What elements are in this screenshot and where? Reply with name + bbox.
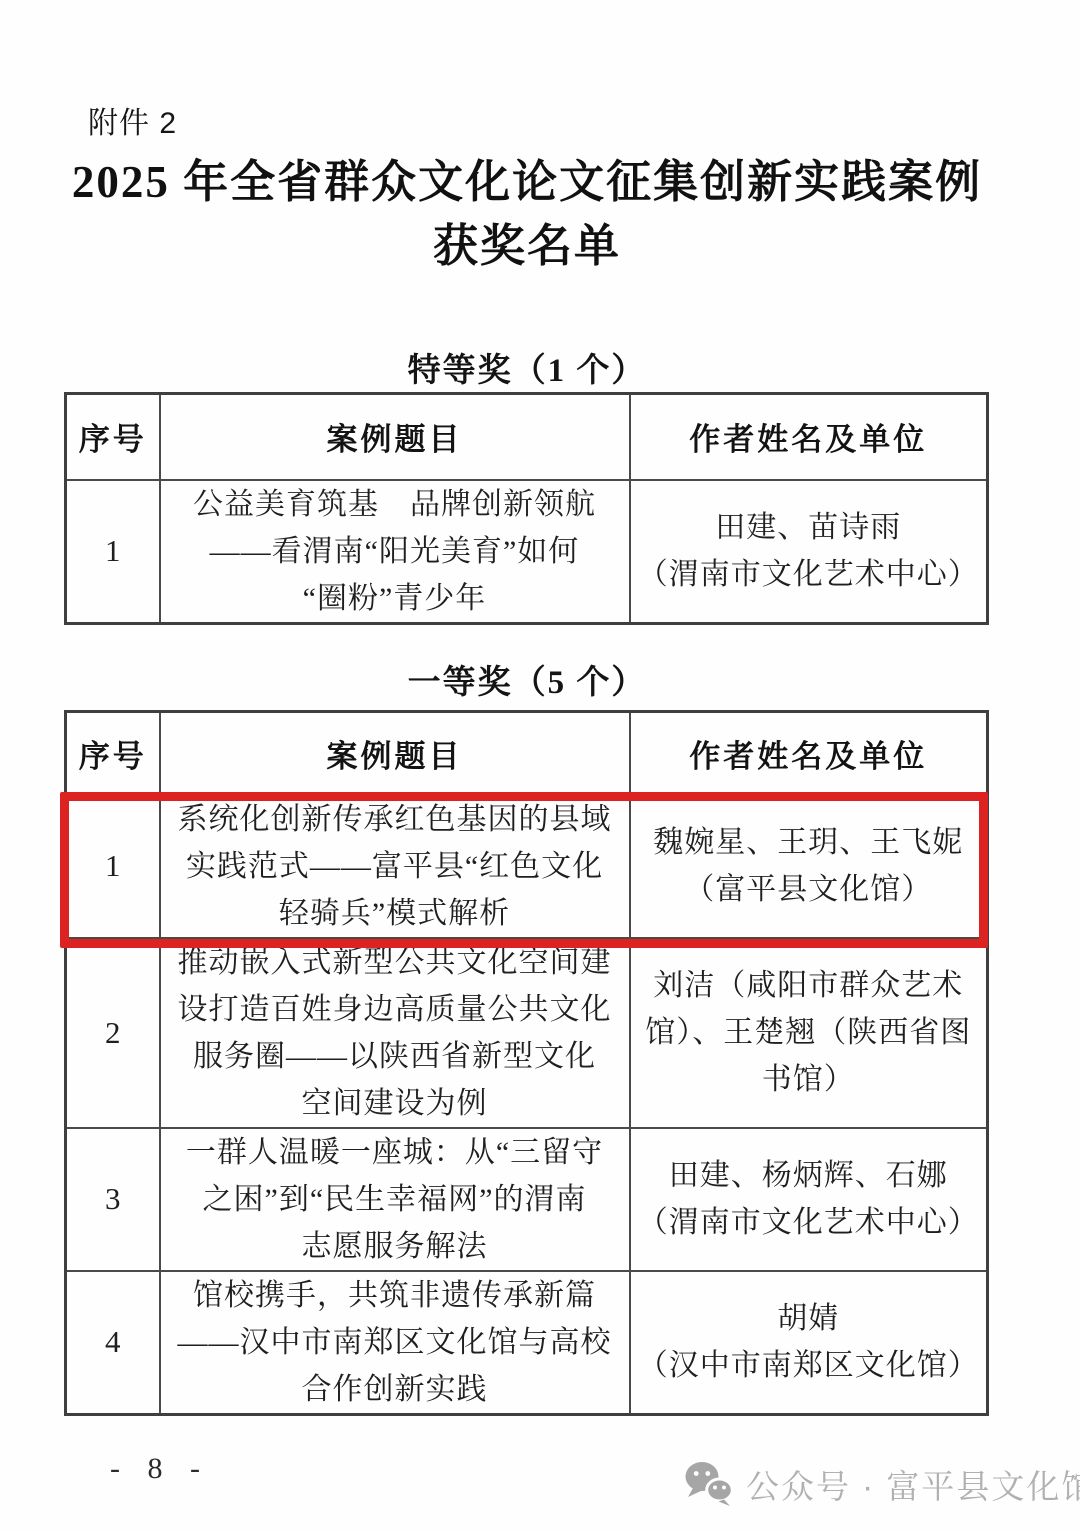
table-row-highlighted: 1 系统化创新传承红色基因的县域 实践范式——富平县“红色文化 轻骑兵”模式解析… — [66, 795, 988, 938]
header-cell-author-unit: 作者姓名及单位 — [630, 712, 988, 795]
wechat-account-label: 公众号 · 富平县文化馆 — [746, 1461, 1080, 1508]
case-title: 一群人温暖一座城：从“三留守 之困”到“民生幸福网”的渭南 志愿服务解法 — [160, 1128, 630, 1271]
section-heading-special-prize: 特等奖（1 个） — [66, 344, 988, 391]
header-cell-index: 序号 — [66, 712, 160, 795]
author-unit: 田建、苗诗雨 （渭南市文化艺术中心） — [630, 480, 988, 624]
table-row: 1 公益美育筑基 品牌创新领航 ——看渭南“阳光美育”如何 “圈粉”青少年 田建… — [66, 480, 988, 624]
table-row: 4 馆校携手，共筑非遗传承新篇 ——汉中市南郑区文化馆与高校 合作创新实践 胡婧… — [66, 1271, 988, 1415]
row-index: 3 — [66, 1128, 160, 1271]
wechat-icon — [684, 1461, 734, 1507]
table-header-row: 序号 案例题目 作者姓名及单位 — [66, 394, 988, 480]
table-row: 2 推动嵌入式新型公共文化空间建 设打造百姓身边高质量公共文化 服务圈——以陕西… — [66, 938, 988, 1128]
section-heading-first-prize: 一等奖（5 个） — [66, 656, 988, 703]
case-title: 系统化创新传承红色基因的县域 实践范式——富平县“红色文化 轻骑兵”模式解析 — [160, 795, 630, 938]
special-prize-table: 序号 案例题目 作者姓名及单位 1 公益美育筑基 品牌创新领航 ——看渭南“阳光… — [64, 392, 989, 625]
table-row: 3 一群人温暖一座城：从“三留守 之困”到“民生幸福网”的渭南 志愿服务解法 田… — [66, 1128, 988, 1271]
author-unit: 胡婧 （汉中市南郑区文化馆） — [630, 1271, 988, 1415]
row-index: 2 — [66, 938, 160, 1128]
document-title: 2025 年全省群众文化论文征集创新实践案例 获奖名单 — [66, 150, 988, 278]
wechat-watermark: 公众号 · 富平县文化馆 — [684, 1458, 1080, 1510]
row-index: 4 — [66, 1271, 160, 1415]
header-cell-case-title: 案例题目 — [160, 712, 630, 795]
attachment-label: 附件 2 — [88, 98, 177, 142]
case-title: 公益美育筑基 品牌创新领航 ——看渭南“阳光美育”如何 “圈粉”青少年 — [160, 480, 630, 624]
case-title: 推动嵌入式新型公共文化空间建 设打造百姓身边高质量公共文化 服务圈——以陕西省新… — [160, 938, 630, 1128]
document-page: 附件 2 2025 年全省群众文化论文征集创新实践案例 获奖名单 特等奖（1 个… — [0, 0, 1080, 1531]
header-cell-author-unit: 作者姓名及单位 — [630, 394, 988, 480]
first-prize-table: 序号 案例题目 作者姓名及单位 1 系统化创新传承红色基因的县域 实践范式——富… — [64, 710, 989, 1416]
case-title: 馆校携手，共筑非遗传承新篇 ——汉中市南郑区文化馆与高校 合作创新实践 — [160, 1271, 630, 1415]
row-index: 1 — [66, 480, 160, 624]
author-unit: 刘洁（咸阳市群众艺术 馆）、王楚翘（陕西省图 书馆） — [630, 938, 988, 1128]
author-unit: 田建、杨炳辉、石娜 （渭南市文化艺术中心） — [630, 1128, 988, 1271]
page-number: - 8 - — [110, 1452, 210, 1486]
row-index: 1 — [66, 795, 160, 938]
table-header-row: 序号 案例题目 作者姓名及单位 — [66, 712, 988, 795]
author-unit: 魏婉星、王玥、王飞妮 （富平县文化馆） — [630, 795, 988, 938]
header-cell-index: 序号 — [66, 394, 160, 480]
header-cell-case-title: 案例题目 — [160, 394, 630, 480]
